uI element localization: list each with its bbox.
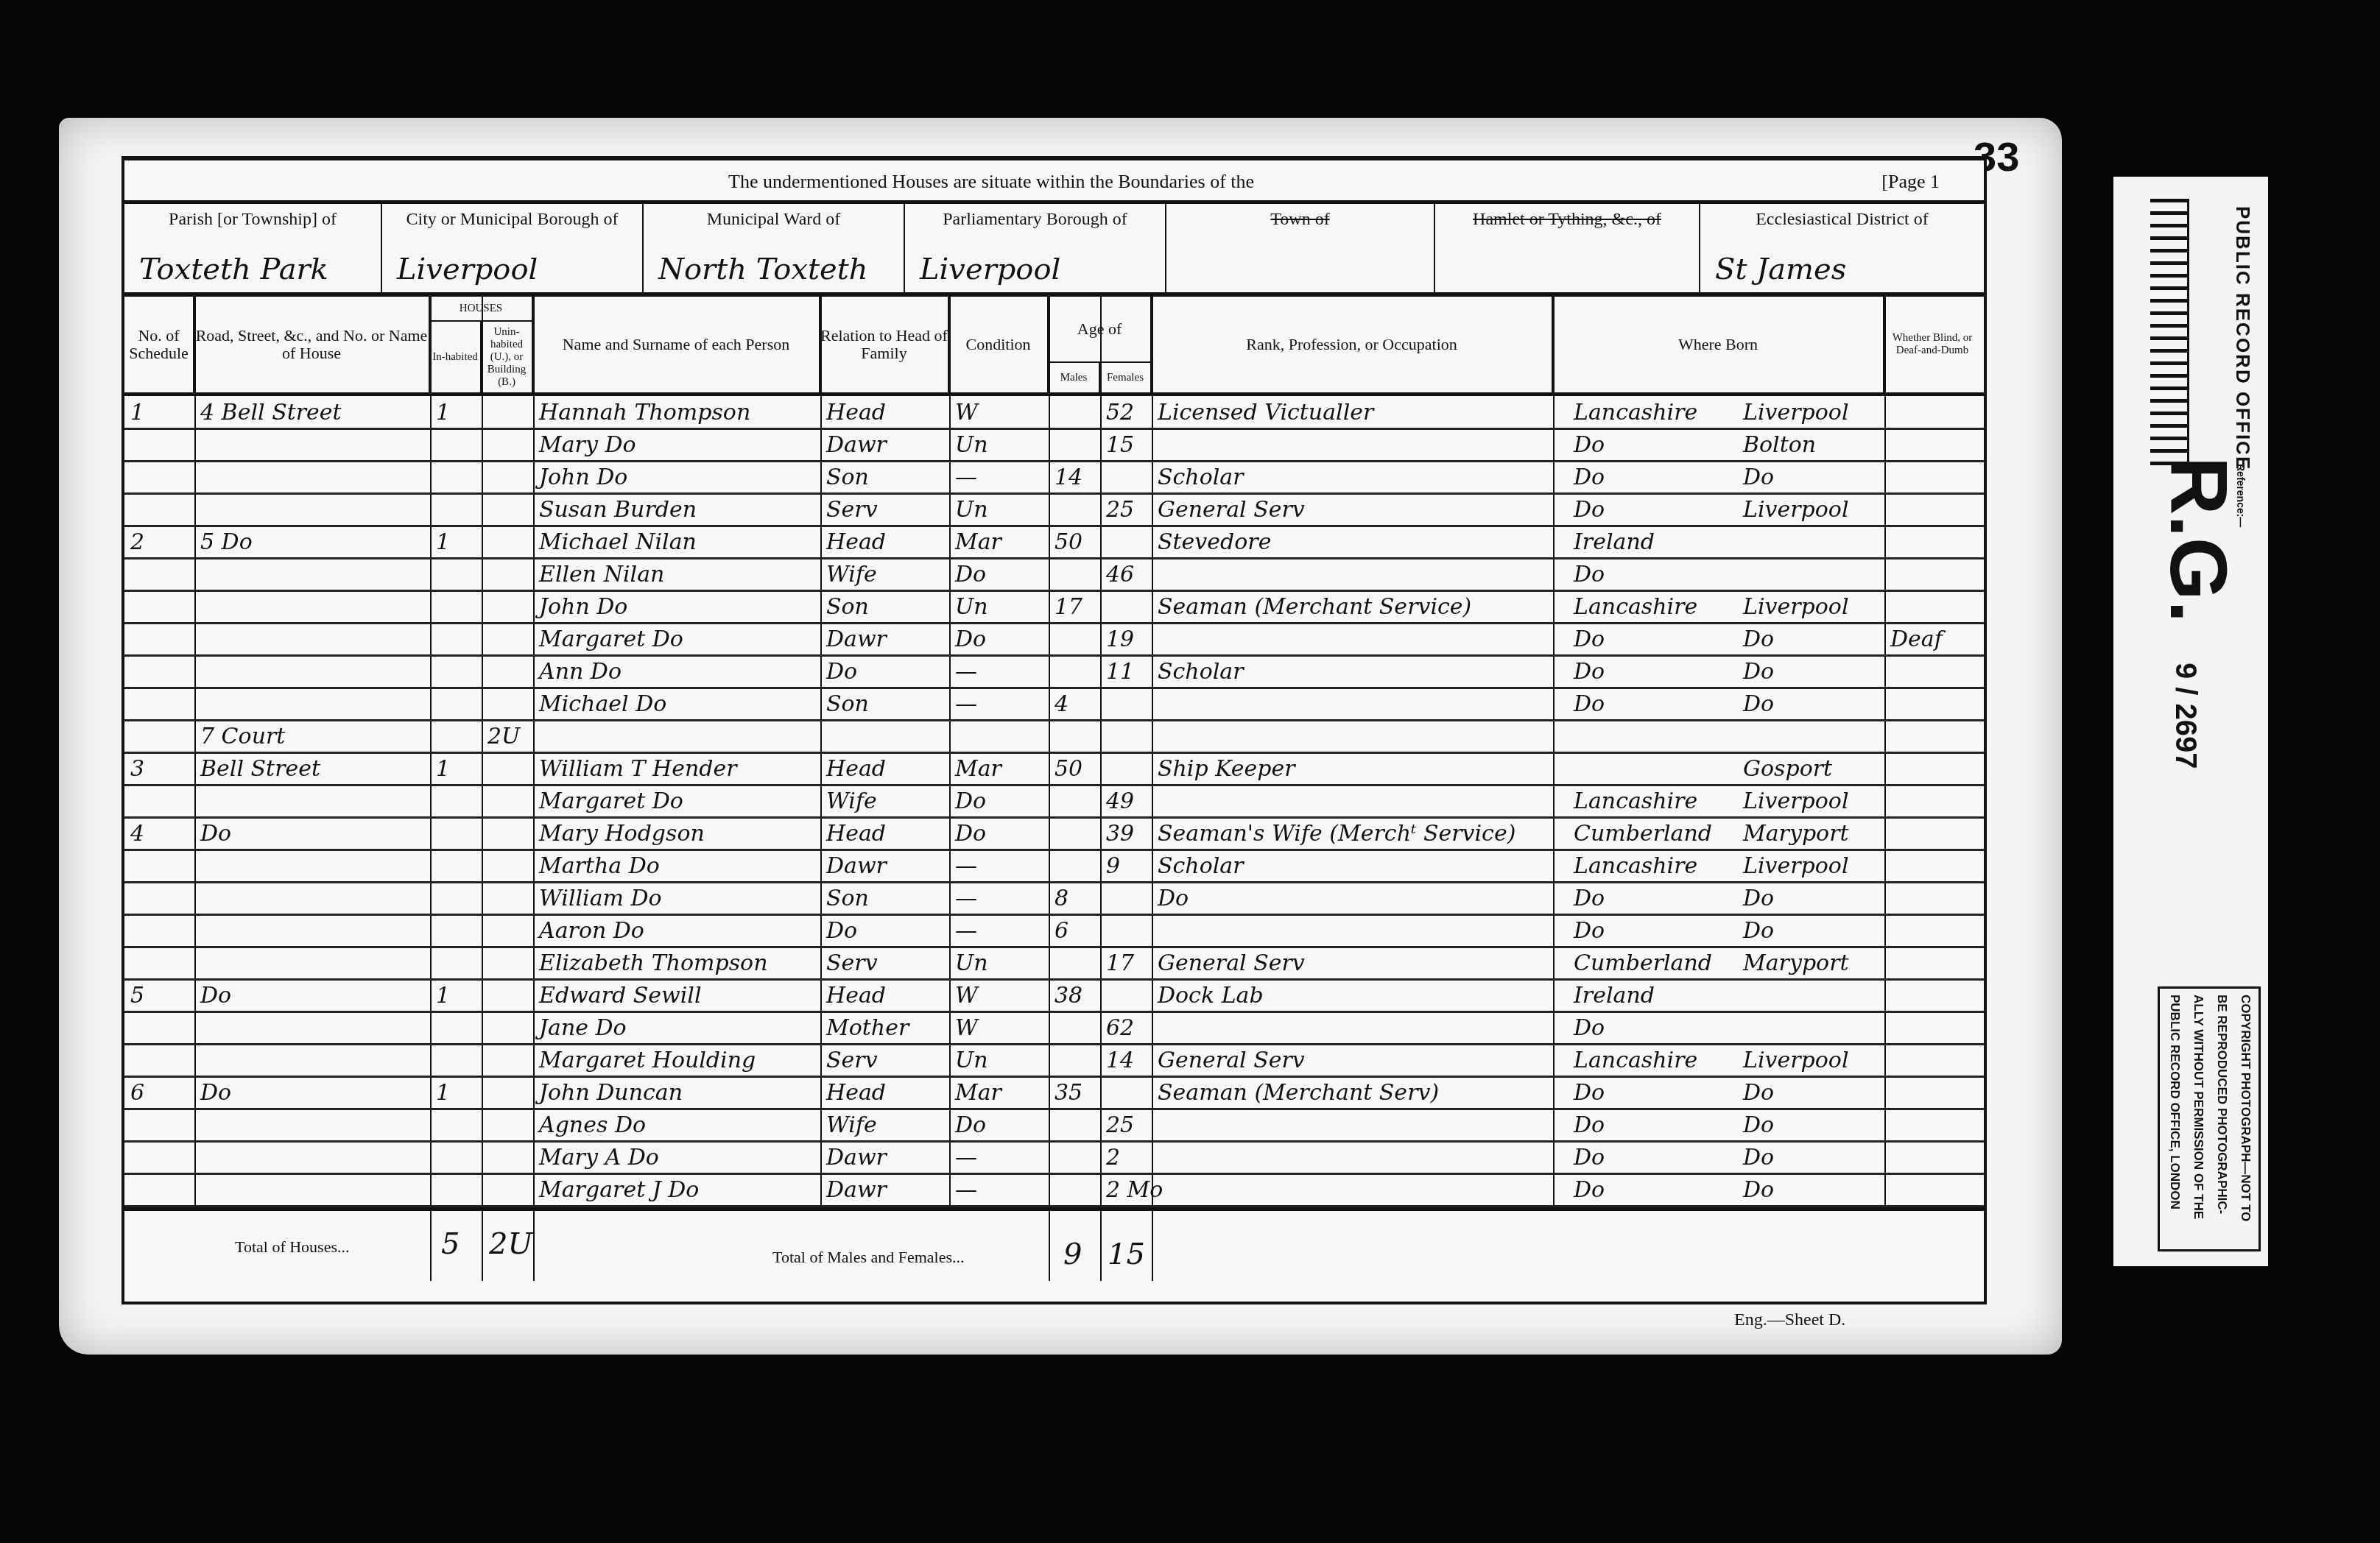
cell-infirmity xyxy=(1884,785,1980,819)
cell-infirmity xyxy=(1884,1173,1980,1207)
cell-condition: Do xyxy=(949,1109,1049,1143)
cell-condition: Un xyxy=(949,590,1049,624)
record-office-label: PUBLIC RECORD OFFICE xyxy=(2231,206,2254,470)
cell-infirmity xyxy=(1884,914,1980,948)
cell-relation: Serv xyxy=(820,947,949,981)
cell-infirmity xyxy=(1884,396,1980,430)
cell-uninhabited xyxy=(482,914,533,948)
cell-relation: Dawr xyxy=(820,1173,949,1207)
cell-born-county: Do xyxy=(1568,914,1737,948)
cell-born-place: Liverpool xyxy=(1737,850,1884,883)
cell-relation: Head xyxy=(820,396,949,430)
piece-number: 9 / 2697 xyxy=(2169,663,2202,769)
cell-relation: Head xyxy=(820,979,949,1013)
cell-occupation: Do xyxy=(1152,882,1553,916)
cell-infirmity xyxy=(1884,1011,1980,1045)
cell-born-county: Do xyxy=(1568,1173,1737,1207)
cell-address: 5 Do xyxy=(194,526,430,559)
cell-uninhabited xyxy=(482,850,533,883)
cell-condition: Un xyxy=(949,947,1049,981)
cell-occupation xyxy=(1152,428,1553,462)
cell-born-place: Liverpool xyxy=(1737,590,1884,624)
cell-occupation xyxy=(1152,688,1553,721)
cell-female-age: 2 Mo xyxy=(1100,1173,1152,1207)
cell-born-county: Do xyxy=(1568,558,1737,592)
cell-uninhabited xyxy=(482,558,533,592)
cell-born-county: Do xyxy=(1568,688,1737,721)
cell-name xyxy=(533,720,820,754)
cell-born-place xyxy=(1737,720,1884,754)
cell-address xyxy=(194,688,430,721)
cell-female-age: 19 xyxy=(1100,623,1152,657)
cell-address xyxy=(194,1044,430,1078)
cell-condition: W xyxy=(949,979,1049,1013)
cell-name: Edward Sewill xyxy=(533,979,820,1013)
cell-inhabited xyxy=(430,1109,482,1143)
cell-name: Margaret Do xyxy=(533,623,820,657)
cell-female-age xyxy=(1100,590,1152,624)
cell-inhabited xyxy=(430,428,482,462)
cell-female-age: 11 xyxy=(1100,655,1152,689)
cell-infirmity xyxy=(1884,947,1980,981)
cell-uninhabited xyxy=(482,1141,533,1175)
cell-inhabited xyxy=(430,1141,482,1175)
cell-uninhabited xyxy=(482,1011,533,1045)
cell-schedule xyxy=(124,1141,194,1175)
census-row: Jane DoMotherW62Do xyxy=(124,1011,1984,1045)
total-females: 15 xyxy=(1108,1237,1145,1271)
cell-male-age: 8 xyxy=(1049,882,1100,916)
cell-male-age xyxy=(1049,785,1100,819)
cell-male-age xyxy=(1049,396,1100,430)
cell-male-age xyxy=(1049,558,1100,592)
cell-condition: — xyxy=(949,850,1049,883)
cell-born-county: Do xyxy=(1568,1109,1737,1143)
cell-relation: Do xyxy=(820,655,949,689)
cell-condition: — xyxy=(949,688,1049,721)
cell-born-county xyxy=(1568,752,1737,786)
cell-name: Elizabeth Thompson xyxy=(533,947,820,981)
cell-schedule: 6 xyxy=(124,1076,194,1110)
cell-inhabited: 1 xyxy=(430,526,482,559)
cell-condition: Mar xyxy=(949,526,1049,559)
cell-male-age: 17 xyxy=(1049,590,1100,624)
cell-relation: Head xyxy=(820,1076,949,1110)
cell-relation: Son xyxy=(820,688,949,721)
cell-inhabited xyxy=(430,1173,482,1207)
cell-relation: Mother xyxy=(820,1011,949,1045)
cell-address xyxy=(194,1109,430,1143)
cell-born-place: Liverpool xyxy=(1737,396,1884,430)
cell-schedule xyxy=(124,914,194,948)
cell-infirmity xyxy=(1884,850,1980,883)
cell-born-county: Cumberland xyxy=(1568,817,1737,851)
cell-name: Jane Do xyxy=(533,1011,820,1045)
cell-born-county: Lancashire xyxy=(1568,785,1737,819)
cell-condition: Mar xyxy=(949,752,1049,786)
cell-born-county: Do xyxy=(1568,623,1737,657)
cell-born-place: Do xyxy=(1737,1076,1884,1110)
col-infirmity: Whether Blind, or Deaf-and-Dumb xyxy=(1884,297,1980,392)
cell-male-age xyxy=(1049,1044,1100,1078)
cell-address xyxy=(194,590,430,624)
cell-female-age xyxy=(1100,979,1152,1013)
cell-born-county: Lancashire xyxy=(1568,396,1737,430)
cell-inhabited xyxy=(430,1044,482,1078)
census-row: John DoSon—14ScholarDoDo xyxy=(124,461,1984,495)
cell-male-age xyxy=(1049,655,1100,689)
cell-occupation: General Serv xyxy=(1152,947,1553,981)
cell-uninhabited xyxy=(482,493,533,527)
cell-inhabited: 1 xyxy=(430,396,482,430)
census-row: Michael DoSon—4DoDo xyxy=(124,688,1984,721)
sheet-id: Eng.—Sheet D. xyxy=(1734,1310,1845,1330)
cell-female-age: 14 xyxy=(1100,1044,1152,1078)
census-row: Elizabeth ThompsonServUn17General ServCu… xyxy=(124,947,1984,981)
reference-strip: PUBLIC RECORD OFFICE Reference:— R.G. 9 … xyxy=(2113,177,2268,1266)
cell-born-county: Do xyxy=(1568,493,1737,527)
cell-occupation: Ship Keeper xyxy=(1152,752,1553,786)
cell-occupation xyxy=(1152,1011,1553,1045)
cell-condition: — xyxy=(949,1141,1049,1175)
place-hamlet: Hamlet or Tything, &c., of xyxy=(1435,204,1700,292)
census-row: 3Bell Street1William T HenderHeadMar50Sh… xyxy=(124,752,1984,786)
place-ecclesiastical-district: Ecclesiastical District of St James xyxy=(1700,204,1984,292)
census-row: Margaret DoDawrDo19DoDoDeaf xyxy=(124,623,1984,657)
cell-female-age: 9 xyxy=(1100,850,1152,883)
cell-address xyxy=(194,1173,430,1207)
cell-relation: Do xyxy=(820,914,949,948)
cell-female-age: 25 xyxy=(1100,493,1152,527)
cell-address xyxy=(194,1011,430,1045)
cell-occupation: General Serv xyxy=(1152,1044,1553,1078)
cell-inhabited xyxy=(430,785,482,819)
cell-name: Margaret Do xyxy=(533,785,820,819)
cell-relation: Serv xyxy=(820,493,949,527)
cell-relation: Serv xyxy=(820,1044,949,1078)
cell-condition: Do xyxy=(949,817,1049,851)
cell-female-age: 15 xyxy=(1100,428,1152,462)
col-occupation: Rank, Profession, or Occupation xyxy=(1152,297,1553,392)
cell-address xyxy=(194,428,430,462)
record-class: R.G. xyxy=(2158,456,2239,623)
census-row: Margaret HouldingServUn14General ServLan… xyxy=(124,1044,1984,1078)
col-schedule: No. of Schedule xyxy=(124,297,194,392)
cell-relation: Wife xyxy=(820,1109,949,1143)
cell-born-place: Do xyxy=(1737,882,1884,916)
cell-born-county: Do xyxy=(1568,655,1737,689)
col-relation: Relation to Head of Family xyxy=(820,297,949,392)
cell-schedule xyxy=(124,590,194,624)
total-persons-label: Total of Males and Females... xyxy=(772,1248,965,1267)
form-title: The undermentioned Houses are situate wi… xyxy=(728,171,1254,193)
cell-relation: Son xyxy=(820,590,949,624)
cell-name: Margaret J Do xyxy=(533,1173,820,1207)
cell-uninhabited: 2U xyxy=(482,720,533,754)
cell-male-age xyxy=(1049,623,1100,657)
place-header: Parish [or Township] of Toxteth Park Cit… xyxy=(124,204,1984,297)
cell-born-place xyxy=(1737,558,1884,592)
cell-born-county: Cumberland xyxy=(1568,947,1737,981)
cell-born-place: Gosport xyxy=(1737,752,1884,786)
col-address: Road, Street, &c., and No. or Name of Ho… xyxy=(194,297,430,392)
cell-uninhabited xyxy=(482,785,533,819)
cell-inhabited: 1 xyxy=(430,1076,482,1110)
cell-male-age xyxy=(1049,720,1100,754)
cell-inhabited xyxy=(430,914,482,948)
cell-uninhabited xyxy=(482,688,533,721)
cell-occupation xyxy=(1152,558,1553,592)
cell-uninhabited xyxy=(482,655,533,689)
cell-occupation xyxy=(1152,914,1553,948)
cell-relation: Son xyxy=(820,882,949,916)
cell-occupation xyxy=(1152,1141,1553,1175)
cell-relation: Head xyxy=(820,752,949,786)
cell-born-county: Ireland xyxy=(1568,979,1737,1013)
cell-relation: Wife xyxy=(820,785,949,819)
cell-infirmity: Deaf xyxy=(1884,623,1980,657)
cell-schedule: 3 xyxy=(124,752,194,786)
census-row: Mary DoDawrUn15DoBolton xyxy=(124,428,1984,462)
cell-born-place: Do xyxy=(1737,1173,1884,1207)
cell-born-place xyxy=(1737,526,1884,559)
cell-schedule: 1 xyxy=(124,396,194,430)
census-row: 7 Court2U xyxy=(124,720,1984,754)
cell-male-age xyxy=(1049,850,1100,883)
cell-address xyxy=(194,1141,430,1175)
cell-infirmity xyxy=(1884,817,1980,851)
cell-born-county: Ireland xyxy=(1568,526,1737,559)
cell-male-age: 38 xyxy=(1049,979,1100,1013)
totals-row: Total of Houses... 5 2U Total of Males a… xyxy=(124,1207,1984,1285)
cell-born-place: Do xyxy=(1737,461,1884,495)
place-parliamentary-borough: Parliamentary Borough of Liverpool xyxy=(905,204,1166,292)
cell-female-age: 49 xyxy=(1100,785,1152,819)
cell-relation: Head xyxy=(820,526,949,559)
cell-born-place: Maryport xyxy=(1737,817,1884,851)
cell-occupation xyxy=(1152,720,1553,754)
cell-occupation: Scholar xyxy=(1152,850,1553,883)
cell-infirmity xyxy=(1884,493,1980,527)
cell-occupation xyxy=(1152,785,1553,819)
cell-relation: Wife xyxy=(820,558,949,592)
cell-schedule xyxy=(124,1173,194,1207)
cell-address: Do xyxy=(194,1076,430,1110)
cell-schedule xyxy=(124,1044,194,1078)
copyright-notice: COPYRIGHT PHOTOGRAPH—NOT TO BE REPRODUCE… xyxy=(2158,986,2261,1251)
cell-address xyxy=(194,882,430,916)
cell-born-county: Do xyxy=(1568,428,1737,462)
census-row: Mary A DoDawr—2DoDo xyxy=(124,1141,1984,1175)
census-row: 5Do1Edward SewillHeadW38Dock LabIreland xyxy=(124,979,1984,1013)
cell-inhabited xyxy=(430,947,482,981)
cell-name: Susan Burden xyxy=(533,493,820,527)
cell-inhabited xyxy=(430,850,482,883)
total-houses-label: Total of Houses... xyxy=(235,1237,350,1257)
cell-occupation xyxy=(1152,1173,1553,1207)
cell-address xyxy=(194,493,430,527)
cell-born-place: Maryport xyxy=(1737,947,1884,981)
census-form: The undermentioned Houses are situate wi… xyxy=(122,156,1987,1304)
cell-born-county: Lancashire xyxy=(1568,590,1737,624)
cell-occupation: Licensed Victualler xyxy=(1152,396,1553,430)
cell-relation: Dawr xyxy=(820,1141,949,1175)
cell-schedule xyxy=(124,461,194,495)
cell-uninhabited xyxy=(482,817,533,851)
cell-relation: Dawr xyxy=(820,623,949,657)
cell-inhabited xyxy=(430,720,482,754)
cell-male-age: 35 xyxy=(1049,1076,1100,1110)
cell-inhabited xyxy=(430,882,482,916)
cell-schedule xyxy=(124,558,194,592)
cell-born-place xyxy=(1737,979,1884,1013)
col-condition: Condition xyxy=(949,297,1049,392)
census-row: Aaron DoDo—6DoDo xyxy=(124,914,1984,948)
cell-male-age: 50 xyxy=(1049,752,1100,786)
cell-uninhabited xyxy=(482,979,533,1013)
cell-address xyxy=(194,461,430,495)
cell-name: Michael Do xyxy=(533,688,820,721)
cell-uninhabited xyxy=(482,461,533,495)
cell-condition: Mar xyxy=(949,1076,1049,1110)
cell-uninhabited xyxy=(482,1173,533,1207)
cell-name: William T Hender xyxy=(533,752,820,786)
column-header-row: No. of Schedule Road, Street, &c., and N… xyxy=(124,297,1984,396)
census-row: William DoSon—8DoDoDo xyxy=(124,882,1984,916)
cell-condition: — xyxy=(949,461,1049,495)
cell-name: Martha Do xyxy=(533,850,820,883)
cell-inhabited xyxy=(430,688,482,721)
cell-male-age xyxy=(1049,493,1100,527)
col-males: Males xyxy=(1049,363,1100,392)
cell-condition: Do xyxy=(949,623,1049,657)
cell-female-age xyxy=(1100,720,1152,754)
col-name: Name and Surname of each Person xyxy=(533,297,820,392)
cell-occupation xyxy=(1152,1109,1553,1143)
cell-occupation xyxy=(1152,623,1553,657)
census-row: John DoSonUn17Seaman (Merchant Service)L… xyxy=(124,590,1984,624)
cell-schedule xyxy=(124,655,194,689)
cell-condition: Do xyxy=(949,785,1049,819)
cell-infirmity xyxy=(1884,461,1980,495)
cell-occupation: Dock Lab xyxy=(1152,979,1553,1013)
cell-condition: — xyxy=(949,655,1049,689)
cell-female-age: 46 xyxy=(1100,558,1152,592)
cell-male-age xyxy=(1049,1109,1100,1143)
cell-male-age: 6 xyxy=(1049,914,1100,948)
cell-inhabited xyxy=(430,558,482,592)
cell-infirmity xyxy=(1884,428,1980,462)
cell-infirmity xyxy=(1884,752,1980,786)
page-label: [Page 1 xyxy=(1881,171,1940,193)
cell-born-county: Do xyxy=(1568,1011,1737,1045)
cell-address xyxy=(194,947,430,981)
cell-schedule xyxy=(124,1011,194,1045)
cell-infirmity xyxy=(1884,526,1980,559)
cell-female-age: 17 xyxy=(1100,947,1152,981)
cell-inhabited xyxy=(430,817,482,851)
census-row: 6Do1John DuncanHeadMar35Seaman (Merchant… xyxy=(124,1076,1984,1110)
cell-female-age xyxy=(1100,752,1152,786)
cell-male-age xyxy=(1049,817,1100,851)
cell-relation: Dawr xyxy=(820,850,949,883)
cell-name: Aaron Do xyxy=(533,914,820,948)
cell-address xyxy=(194,558,430,592)
cell-address: Do xyxy=(194,817,430,851)
cell-female-age xyxy=(1100,688,1152,721)
cell-uninhabited xyxy=(482,590,533,624)
cell-female-age xyxy=(1100,1076,1152,1110)
cell-condition: Un xyxy=(949,428,1049,462)
cell-occupation: Stevedore xyxy=(1152,526,1553,559)
cell-female-age: 52 xyxy=(1100,396,1152,430)
cell-condition: Un xyxy=(949,1044,1049,1078)
col-uninhabited: Unin-habited (U.), or Building (B.) xyxy=(482,322,533,392)
cell-born-place: Liverpool xyxy=(1737,493,1884,527)
cell-condition: Do xyxy=(949,558,1049,592)
cell-born-county xyxy=(1568,720,1737,754)
cell-born-place: Do xyxy=(1737,1141,1884,1175)
cell-female-age: 39 xyxy=(1100,817,1152,851)
cell-name: Mary Do xyxy=(533,428,820,462)
total-males: 9 xyxy=(1063,1237,1082,1271)
cell-address xyxy=(194,785,430,819)
cell-name: Mary A Do xyxy=(533,1141,820,1175)
cell-uninhabited xyxy=(482,396,533,430)
col-where-born: Where Born xyxy=(1553,297,1884,392)
cell-infirmity xyxy=(1884,655,1980,689)
cell-female-age xyxy=(1100,526,1152,559)
cell-inhabited xyxy=(430,493,482,527)
cell-uninhabited xyxy=(482,1076,533,1110)
cell-born-place: Liverpool xyxy=(1737,1044,1884,1078)
ruler-scale xyxy=(2150,199,2189,471)
cell-condition: W xyxy=(949,396,1049,430)
total-uninhabited: 2U xyxy=(489,1227,532,1261)
cell-born-place: Do xyxy=(1737,688,1884,721)
cell-inhabited xyxy=(430,655,482,689)
cell-name: Ellen Nilan xyxy=(533,558,820,592)
cell-inhabited xyxy=(430,623,482,657)
cell-schedule: 5 xyxy=(124,979,194,1013)
cell-condition: W xyxy=(949,1011,1049,1045)
cell-female-age xyxy=(1100,914,1152,948)
cell-male-age: 14 xyxy=(1049,461,1100,495)
cell-condition: — xyxy=(949,1173,1049,1207)
cell-born-place: Bolton xyxy=(1737,428,1884,462)
cell-name: Michael Nilan xyxy=(533,526,820,559)
col-inhabited: In-habited xyxy=(430,322,482,392)
cell-infirmity xyxy=(1884,1109,1980,1143)
cell-infirmity xyxy=(1884,1044,1980,1078)
cell-male-age xyxy=(1049,947,1100,981)
cell-schedule xyxy=(124,493,194,527)
cell-address: 7 Court xyxy=(194,720,430,754)
place-municipal-ward: Municipal Ward of North Toxteth xyxy=(644,204,905,292)
census-row: Agnes DoWifeDo25DoDo xyxy=(124,1109,1984,1143)
cell-uninhabited xyxy=(482,947,533,981)
cell-relation: Head xyxy=(820,817,949,851)
cell-born-place: Liverpool xyxy=(1737,785,1884,819)
cell-infirmity xyxy=(1884,1076,1980,1110)
cell-born-county: Do xyxy=(1568,1141,1737,1175)
cell-condition: — xyxy=(949,914,1049,948)
cell-schedule: 2 xyxy=(124,526,194,559)
cell-occupation: General Serv xyxy=(1152,493,1553,527)
cell-uninhabited xyxy=(482,882,533,916)
cell-inhabited: 1 xyxy=(430,979,482,1013)
form-title-row: The undermentioned Houses are situate wi… xyxy=(124,160,1984,204)
